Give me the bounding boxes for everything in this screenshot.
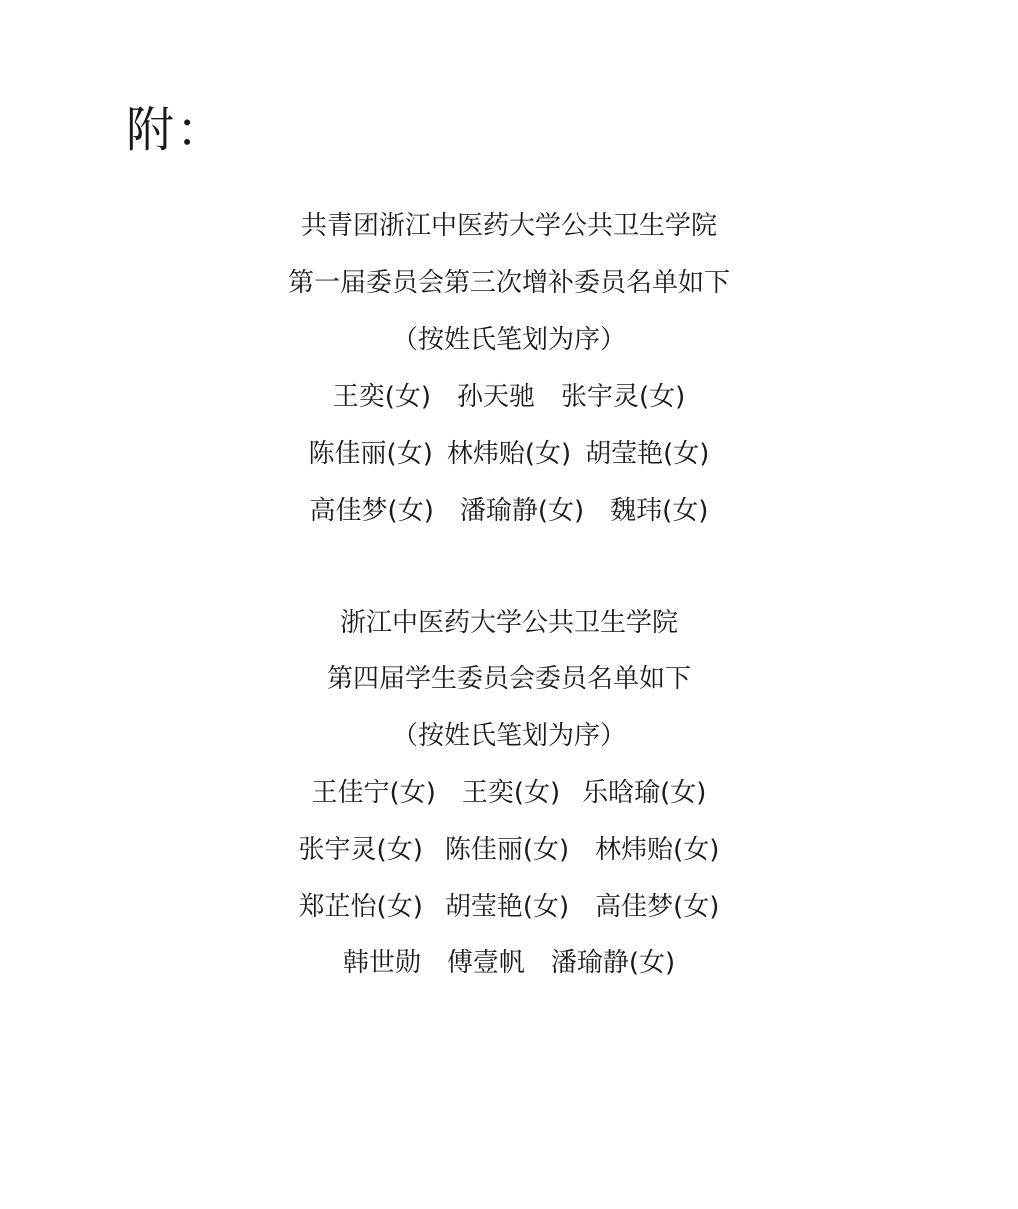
section-title-line2: 第一届委员会第三次增补委员名单如下 — [0, 266, 1018, 300]
order-note: （按姓氏笔划为序） — [0, 719, 1018, 753]
member-name: 张宇灵(女) — [299, 833, 423, 867]
member-name: 魏玮(女) — [610, 494, 708, 528]
section-title-line1: 浙江中医药大学公共卫生学院 — [0, 606, 1018, 640]
order-note: （按姓氏笔划为序） — [0, 323, 1018, 357]
member-name: 胡莹艳(女) — [585, 437, 709, 471]
member-name: 潘瑜静(女) — [551, 946, 675, 980]
member-name: 乐晗瑜(女) — [582, 776, 706, 810]
member-name: 高佳梦(女) — [310, 494, 434, 528]
member-name: 胡莹艳(女) — [445, 890, 569, 924]
section-title-line2: 第四届学生委员会委员名单如下 — [0, 662, 1018, 696]
member-name: 林炜贻(女) — [595, 833, 719, 867]
member-name: 孙天驰 — [457, 380, 535, 414]
member-name: 王佳宁(女) — [312, 776, 436, 810]
name-row: 韩世勋 傅壹帆 潘瑜静(女) — [0, 946, 1018, 980]
member-name: 王奕(女) — [333, 380, 431, 414]
section-title-line1: 共青团浙江中医药大学公共卫生学院 — [0, 209, 1018, 243]
name-row: 王佳宁(女) 王奕(女) 乐晗瑜(女) — [0, 776, 1018, 810]
member-name: 潘瑜静(女) — [460, 494, 584, 528]
name-row: 郑芷怡(女) 胡莹艳(女) 高佳梦(女) — [0, 890, 1018, 924]
name-row: 张宇灵(女) 陈佳丽(女) 林炜贻(女) — [0, 833, 1018, 867]
name-row: 高佳梦(女) 潘瑜静(女) 魏玮(女) — [0, 494, 1018, 528]
member-name: 傅壹帆 — [447, 946, 525, 980]
member-name: 陈佳丽(女) — [309, 437, 433, 471]
name-row: 陈佳丽(女) 林炜贻(女) 胡莹艳(女) — [0, 437, 1018, 471]
member-name: 高佳梦(女) — [595, 890, 719, 924]
member-name: 陈佳丽(女) — [445, 833, 569, 867]
name-row: 王奕(女) 孙天驰 张宇灵(女) — [0, 380, 1018, 414]
member-name: 郑芷怡(女) — [299, 890, 423, 924]
appendix-heading: 附： — [126, 100, 226, 160]
member-name: 韩世勋 — [343, 946, 421, 980]
member-name: 林炜贻(女) — [447, 437, 571, 471]
member-name: 张宇灵(女) — [561, 380, 685, 414]
member-name: 王奕(女) — [462, 776, 560, 810]
